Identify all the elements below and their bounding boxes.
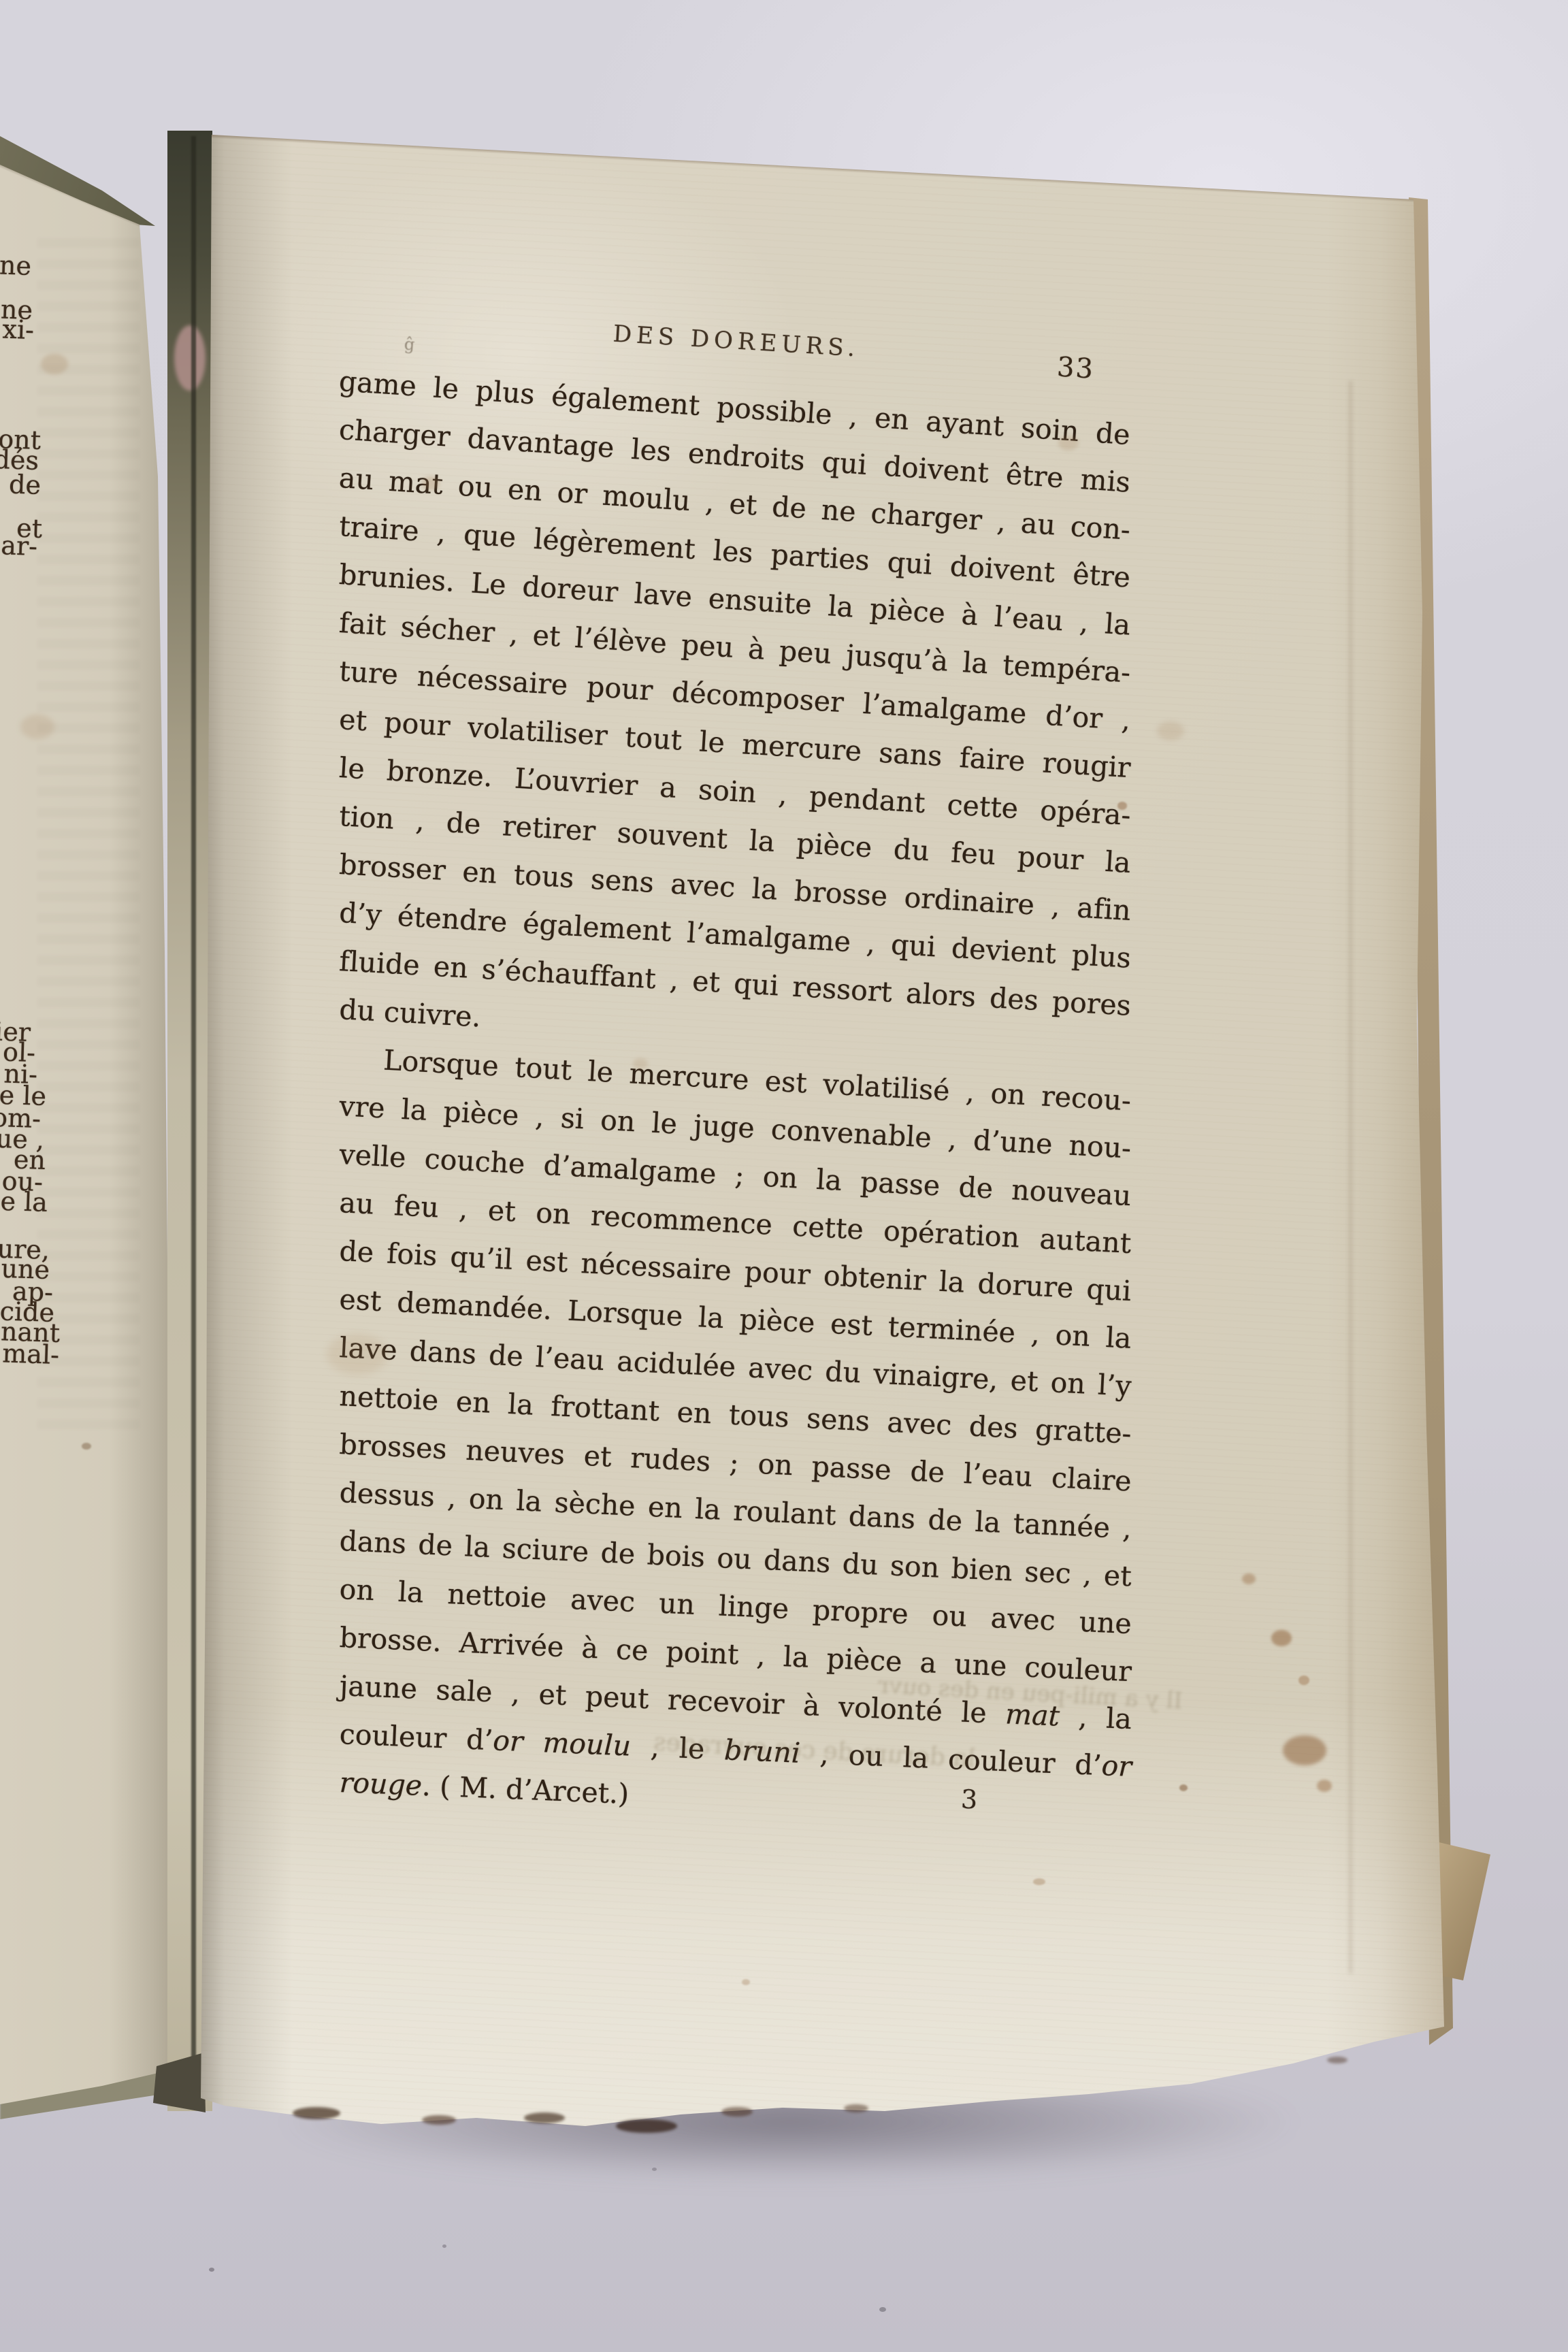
left-page-fragment: e la xyxy=(0,1188,48,1215)
foxing-stain xyxy=(327,1334,388,1375)
foxing-stain xyxy=(1242,1573,1256,1584)
edge-burn-spot xyxy=(616,2119,677,2133)
edge-burn-spot xyxy=(524,2112,565,2123)
edge-burn-spot xyxy=(422,2115,456,2125)
left-page-fragment: mal- xyxy=(2,1340,60,1368)
foxing-stain xyxy=(1179,1784,1188,1791)
foxing-stain xyxy=(1317,1780,1332,1792)
right-page: DES DOREURS. 33 ĝ game le plus également… xyxy=(0,0,1568,2352)
foxing-stain xyxy=(1157,721,1184,740)
foxing-stain xyxy=(1033,1878,1045,1885)
foxing-stain xyxy=(1271,1630,1292,1646)
dust-speck xyxy=(209,2268,214,2272)
foxing-stain xyxy=(742,1979,750,1985)
edge-burn-spot xyxy=(293,2107,340,2119)
foxing-stain xyxy=(41,354,68,374)
foxing-stain xyxy=(1117,802,1127,810)
foxing-stain xyxy=(422,476,440,490)
foxing-stain xyxy=(1058,436,1079,451)
foxing-stain xyxy=(1283,1735,1326,1765)
dust-speck xyxy=(652,2168,657,2171)
foxing-stain xyxy=(82,1443,91,1450)
foxing-stain xyxy=(1298,1676,1309,1685)
edge-burn-spot xyxy=(844,2104,868,2112)
edge-burn-spot xyxy=(721,2107,753,2117)
gutter-crack-line xyxy=(191,136,196,2103)
left-page-fragment: de xyxy=(9,472,42,498)
foxing-stain xyxy=(633,1058,648,1069)
edge-burn-spot xyxy=(1327,2057,1347,2063)
page-vignette xyxy=(0,0,1568,2352)
gutter-pink-patch xyxy=(174,325,206,391)
book-photograph: nenexi-ontdésdeetar-ierol-ni-e leom-ue ,… xyxy=(0,0,1568,2352)
left-page-fragment: ne xyxy=(0,252,32,279)
left-page-fragment: xi- xyxy=(2,316,35,343)
dust-speck xyxy=(442,2244,446,2248)
dust-speck xyxy=(879,2307,886,2312)
foxing-stain xyxy=(20,715,54,739)
left-page-fragment: ar- xyxy=(1,532,38,559)
